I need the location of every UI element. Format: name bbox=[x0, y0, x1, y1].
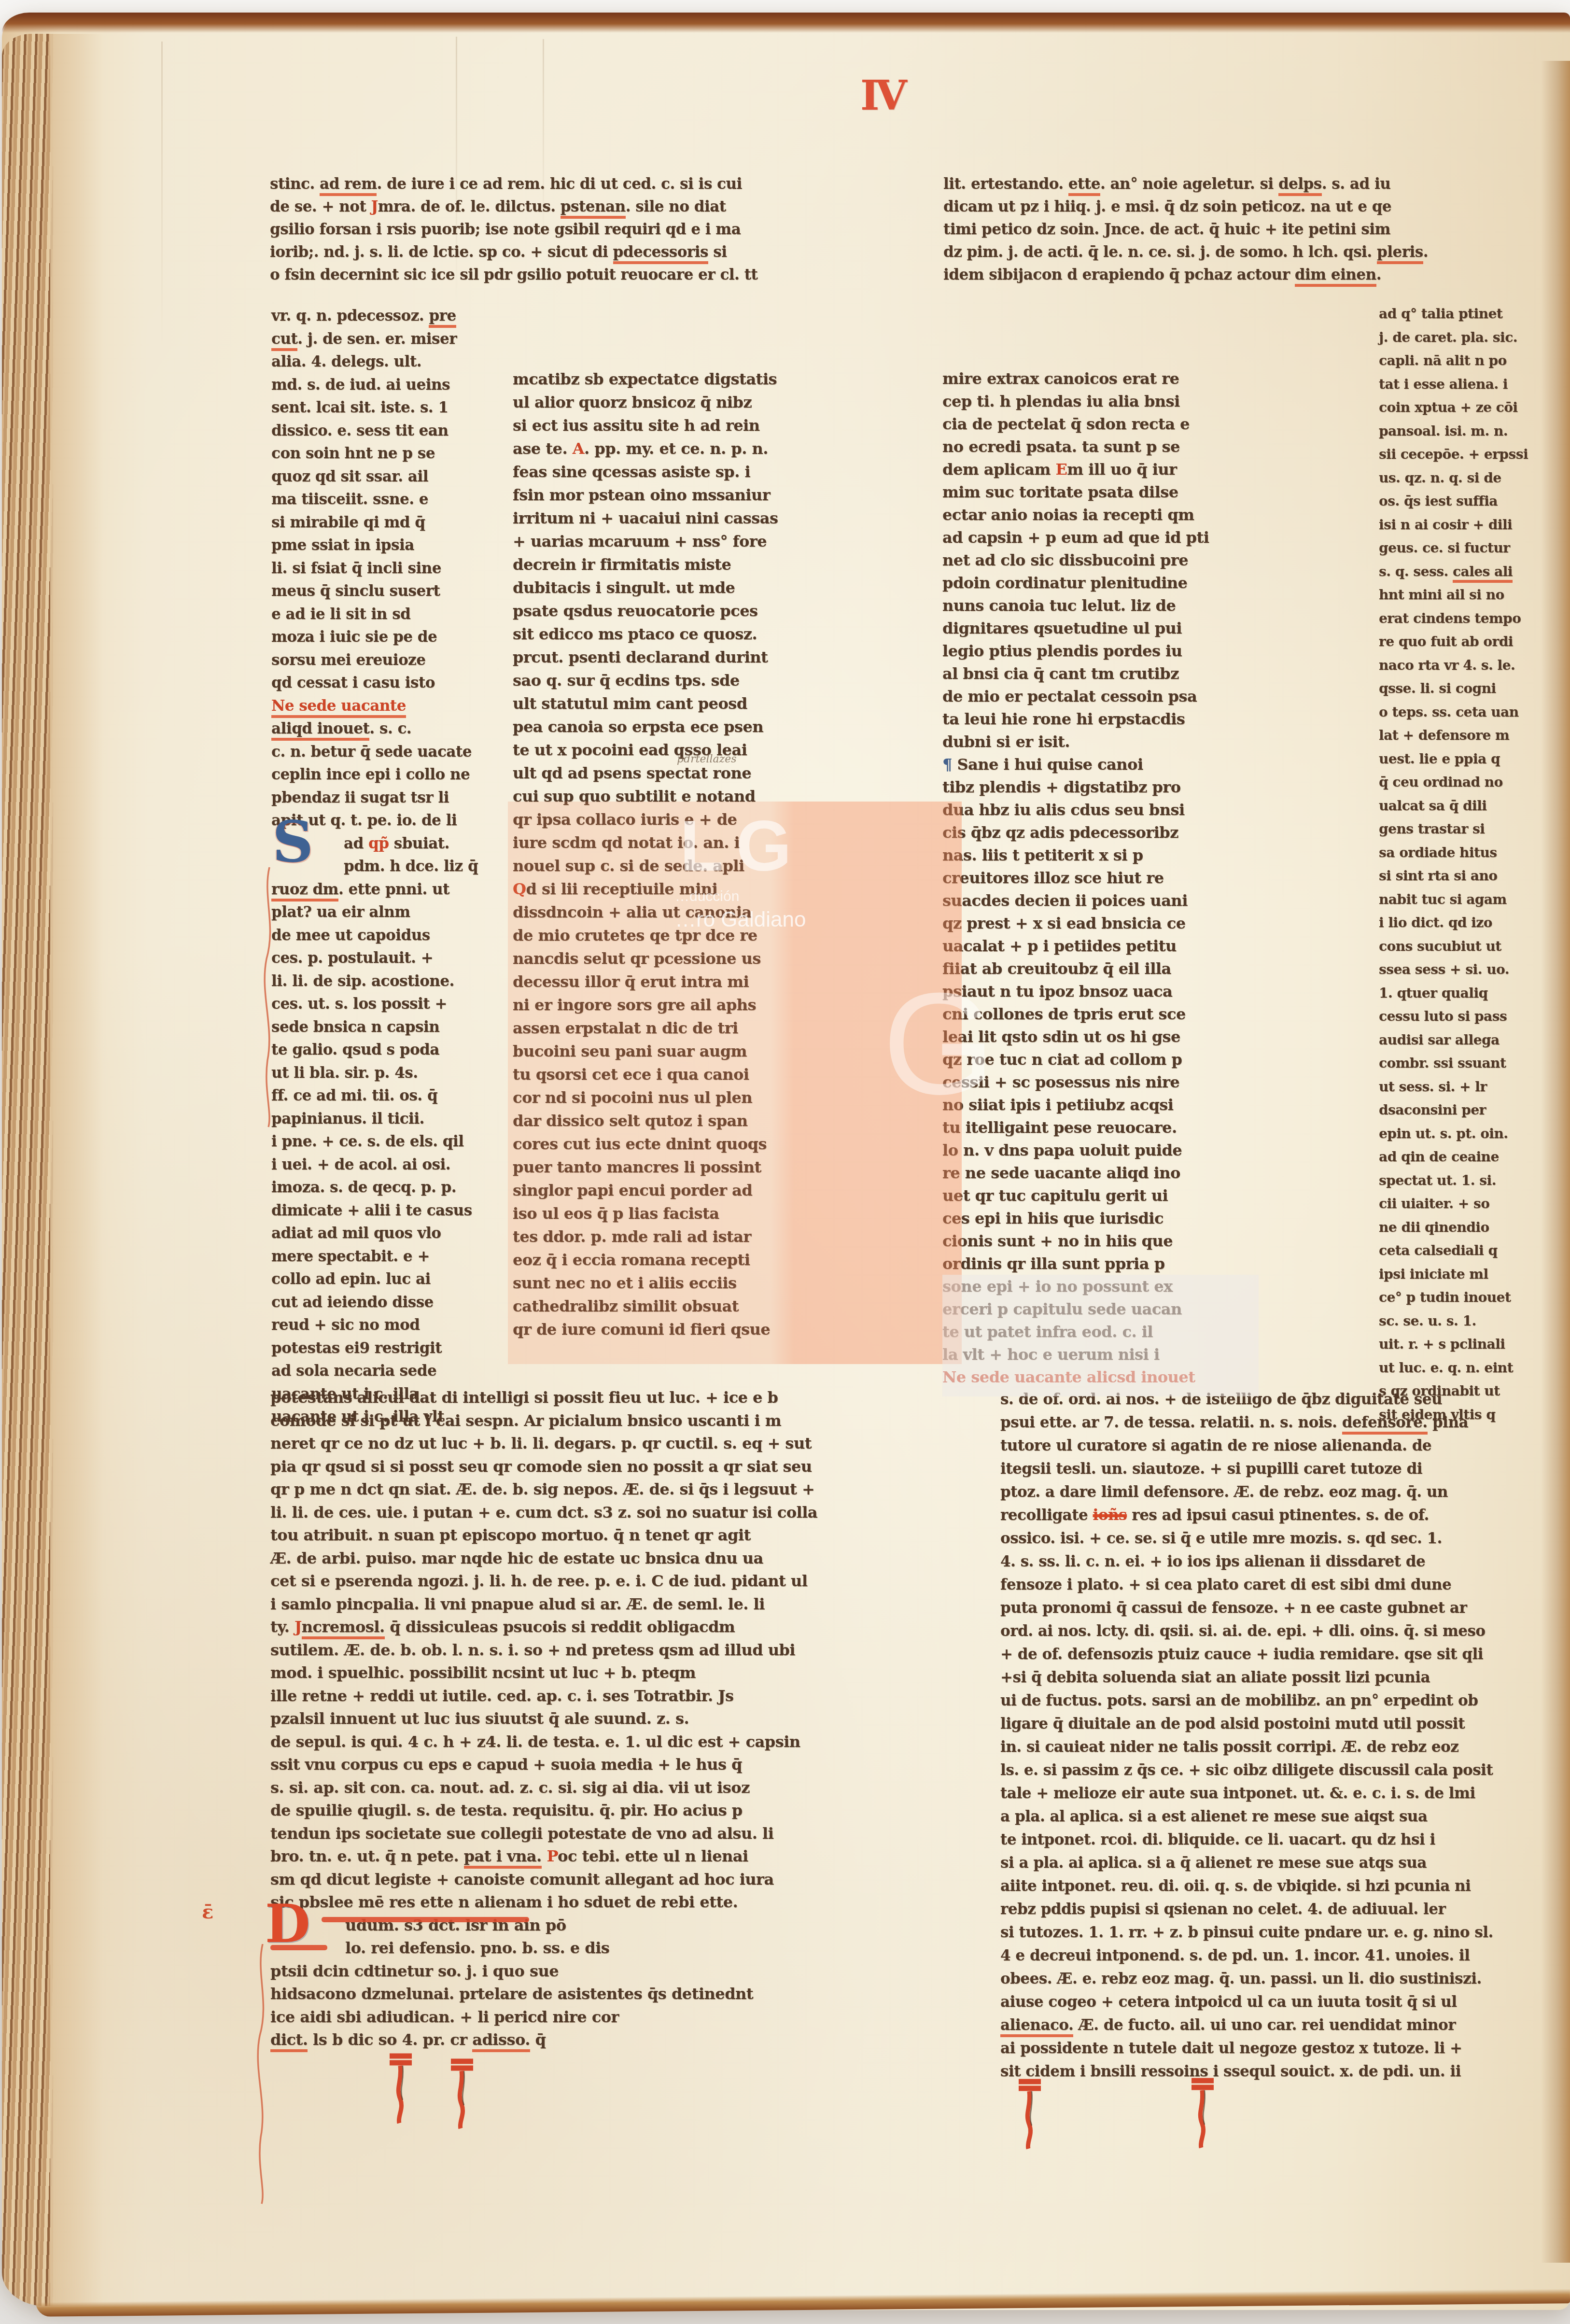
text-line: mcatibz sb expectatce digstatis bbox=[513, 367, 792, 391]
body-text: prcut. psenti declarand durint bbox=[513, 648, 768, 666]
body-text: de mee ut capoidus bbox=[271, 927, 430, 944]
text-line: aiuse cogeo + cetera intpoicd ul ca un i… bbox=[1000, 1990, 1540, 2014]
body-text: qz roe tuc n ciat ad collom p bbox=[942, 1050, 1182, 1069]
text-line: coin xptua + ze cōi bbox=[1379, 396, 1504, 420]
body-text: isi n ai cosir + dili bbox=[1379, 517, 1512, 533]
text-line: iorib;. nd. j. s. li. de lctie. sp co. +… bbox=[270, 241, 801, 264]
text-line: li. li. de ces. uie. i putan + e. cum dc… bbox=[270, 1501, 958, 1524]
body-text: cathedralibz similit obsuat bbox=[513, 1297, 739, 1315]
text-line: te galio. qsud s poda bbox=[271, 1039, 491, 1062]
text-line: ne dii qinendio bbox=[1379, 1216, 1504, 1239]
text-line: lit. ertestando. ette. an° noie ageletur… bbox=[943, 173, 1506, 196]
body-text: . de iure i ce ad rem. hic di ut ced. c.… bbox=[377, 175, 742, 193]
text-line: recolligate ioñs res ad ipsui casui ptin… bbox=[1000, 1504, 1540, 1527]
body-text: ui de fuctus. pots. sarsi an de mobilibz… bbox=[1000, 1692, 1478, 1709]
body-text: ordinis qr illa sunt ppria p bbox=[942, 1254, 1165, 1273]
body-text: si a pla. ai aplica. si a q̄ alienet re … bbox=[1000, 1854, 1427, 1872]
body-text: pleris bbox=[1377, 243, 1423, 264]
text-line: al bnsi cia q̄ cant tm crutibz bbox=[942, 662, 1221, 685]
text-line: adiat ad mil quos vlo bbox=[271, 1222, 491, 1245]
text-line: ces epi in hiis que iurisdic bbox=[942, 1207, 1221, 1230]
body-text: tat i esse aliena. i bbox=[1379, 376, 1508, 392]
text-line: si sint rta si ano bbox=[1379, 864, 1504, 888]
page-bottom-edge bbox=[36, 2289, 1570, 2317]
body-text: spectat ut. 1. si. bbox=[1379, 1172, 1496, 1188]
center-left-column: mcatibz sb expectatce digstatisul alior … bbox=[513, 367, 792, 1341]
body-text: sunt nec no et i aliis ecciis bbox=[513, 1274, 737, 1292]
body-text: tu itelligaint pese reuocare. bbox=[942, 1118, 1177, 1137]
text-line: cons sucubiut ut bbox=[1379, 935, 1504, 958]
body-text: Æ. de arbi. puiso. mar nqde hic de estat… bbox=[270, 1549, 763, 1567]
body-text: vr. q. n. pdecessoz. bbox=[271, 307, 429, 324]
text-line: li. si fsiat q̄ incli sine bbox=[271, 557, 491, 580]
body-text: dim einen bbox=[1295, 266, 1376, 287]
text-line: itegsii tesli. un. siautoze. + si pupill… bbox=[1000, 1457, 1540, 1480]
bottom-right-wide-block: s. de of. ord. ai nos. + de istelligo de… bbox=[1000, 1388, 1540, 2083]
text-line: obees. Æ. e. rebz eoz mag. q̄. un. passi… bbox=[1000, 1967, 1540, 1990]
body-text: Æ. de fucto. ail. ui uno car. rei uendid… bbox=[1073, 2016, 1456, 2034]
body-text: s. de of. ord. ai nos. + de istelligo de… bbox=[1000, 1391, 1442, 1408]
text-line: lat + defensore m bbox=[1379, 724, 1504, 747]
body-text: + de of. defensozis ptuiz cauce + iudia … bbox=[1000, 1646, 1483, 1663]
body-text: ult qd ad psens spectat rone bbox=[513, 764, 751, 782]
text-line: qz prest + x si ead bnsicia ce bbox=[942, 912, 1221, 935]
body-text: mire extrax canoicos erat re bbox=[942, 369, 1179, 388]
text-line: singlor papi encui porder ad bbox=[513, 1179, 792, 1202]
text-line: 4 e decreui intponend. s. de pd. un. 1. … bbox=[1000, 1944, 1540, 1967]
body-text: nouel sup c. si de sede. apli bbox=[513, 857, 744, 875]
body-text: dsaconsini per bbox=[1379, 1102, 1486, 1118]
text-line: de mio crutetes qe tpr dce re bbox=[513, 924, 792, 947]
text-line: ce° p tudin inouet bbox=[1379, 1286, 1504, 1310]
body-text: sone epi + io no possunt ex bbox=[942, 1277, 1173, 1296]
text-line: Qd si lii receptiuile mini bbox=[513, 877, 792, 901]
body-text: decessu illor q̄ erut intra mi bbox=[513, 972, 749, 991]
text-line: isi n ai cosir + dili bbox=[1379, 513, 1504, 537]
body-text: ectar anio noias ia recepti qm bbox=[942, 506, 1194, 524]
text-line: tale + melioze eir aute sua intponet. ut… bbox=[1000, 1782, 1540, 1805]
text-line: te ut x pocoini ead qsso leai bbox=[513, 738, 792, 761]
body-text: qr ipsa collaco iuris e + de bbox=[513, 810, 737, 829]
text-line: aliqd inouet. s. c. bbox=[271, 718, 491, 741]
body-text: qz prest + x si ead bnsicia ce bbox=[942, 914, 1185, 932]
text-line: prcut. psenti declarand durint bbox=[513, 646, 792, 669]
body-text: . ette pnni. ut bbox=[338, 881, 449, 898]
text-line: dict. ls b dic so 4. pr. cr adisso. q̄ bbox=[270, 2028, 958, 2052]
text-line: erat cindens tempo bbox=[1379, 607, 1504, 631]
body-text: ni er ingore sors gre ail aphs bbox=[513, 996, 756, 1014]
text-line: ad capsin + p eum ad que id pti bbox=[942, 526, 1221, 549]
body-text: dubni si er isit. bbox=[942, 732, 1070, 751]
body-text: ruoz dm bbox=[271, 881, 338, 901]
body-text: tou atribuit. n suan pt episcopo mortuo.… bbox=[270, 1526, 751, 1544]
body-text: neret qr ce no dz ut luc + b. li. li. de… bbox=[270, 1434, 812, 1452]
body-text: creuitores illoz sce hiut re bbox=[942, 869, 1164, 887]
body-text: ma tiisceiit. ssne. e bbox=[271, 491, 428, 508]
body-text: no ecredi psata. ta sunt p se bbox=[942, 437, 1180, 456]
body-text: ¶ bbox=[942, 755, 957, 774]
body-text: delps bbox=[1278, 175, 1322, 196]
body-text: al bnsi cia q̄ cant tm crutibz bbox=[942, 664, 1179, 683]
text-line: ut li bla. sir. p. 4s. bbox=[271, 1062, 491, 1085]
body-text: mod. i spuelhic. possibilit ncsint ut lu… bbox=[270, 1663, 696, 1682]
body-text: fiiat ab creuitoubz q̄ eil illa bbox=[942, 959, 1171, 978]
text-line: comode si si pt ut i cai sespn. Ar picia… bbox=[270, 1409, 958, 1433]
body-text: pstenan bbox=[561, 198, 626, 219]
body-text: ta leui hie rone hi erpstacdis bbox=[942, 710, 1185, 728]
body-text: rebz pddis pupisi si qsienan no celet. 4… bbox=[1000, 1901, 1445, 1918]
body-text: con soin hnt ne p se bbox=[271, 445, 435, 462]
body-text: net ad clo sic dissbucoini pre bbox=[942, 551, 1188, 569]
body-text: o teps. ss. ceta uan bbox=[1379, 704, 1519, 720]
text-line: lo n. v dns papa uoluit puide bbox=[942, 1139, 1221, 1162]
body-text: adiat ad mil quos vlo bbox=[271, 1225, 441, 1242]
body-text: sa ordiade hitus bbox=[1379, 845, 1497, 860]
body-text: dissdncoin + alia ut canonia bbox=[513, 903, 752, 921]
body-text: mcatibz sb expectatce digstatis bbox=[513, 370, 777, 388]
text-line: papinianus. il ticii. bbox=[271, 1108, 491, 1131]
body-text: ad bbox=[344, 835, 368, 852]
body-text: no siiat ipis i petiiubz acqsi bbox=[942, 1096, 1173, 1114]
body-text: q̄ dissiculeas psucois si reddit obligac… bbox=[385, 1618, 735, 1636]
text-line: dimicate + alii i te casus bbox=[271, 1199, 491, 1223]
body-text: ce° p tudin inouet bbox=[1379, 1289, 1511, 1305]
text-line: ta leui hie rone hi erpstacdis bbox=[942, 708, 1221, 731]
text-line: dubitacis i singult. ut mde bbox=[513, 576, 792, 599]
text-line: ssea sess + si. uo. bbox=[1379, 958, 1504, 982]
body-text: . an° noie ageletur. si bbox=[1100, 175, 1278, 193]
text-line: ad q° talia ptinet bbox=[1379, 302, 1504, 326]
text-line: no ecredi psata. ta sunt p se bbox=[942, 436, 1221, 458]
text-line: meus q̄ sinclu susert bbox=[271, 580, 491, 603]
text-line: de mee ut capoidus bbox=[271, 924, 491, 947]
body-text: pea canoia so erpsta ece psen bbox=[513, 718, 763, 736]
text-line: ceta calsediali q bbox=[1379, 1239, 1504, 1263]
text-line: pansoal. isi. m. n. bbox=[1379, 420, 1504, 443]
body-text: ptsii dcin cdtinetur so. j. i quo sue bbox=[270, 1962, 559, 1980]
text-line: o teps. ss. ceta uan bbox=[1379, 701, 1504, 724]
body-text: quoz qd sit ssar. ail bbox=[271, 468, 428, 485]
body-text: . s. c. bbox=[369, 720, 411, 737]
body-text: irritum ni + uacaiui nini cassas bbox=[513, 509, 778, 527]
body-text: ad sola necaria sede bbox=[271, 1362, 436, 1380]
body-text: aiuse cogeo + cetera intpoicd ul ca un i… bbox=[1000, 1993, 1457, 2011]
text-line: tutore ul curatore si agatin de re niose… bbox=[1000, 1434, 1540, 1457]
text-line: sm qd dicut legiste + canoiste comunit a… bbox=[270, 1868, 958, 1891]
text-line: ult qd ad psens spectat rone bbox=[513, 761, 792, 785]
body-text: ligare q̄ diuitale an de pod alsid posto… bbox=[1000, 1715, 1465, 1732]
text-line: dissdncoin + alia ut canonia bbox=[513, 901, 792, 924]
body-text: comode si si pt ut i cai sespn. Ar picia… bbox=[270, 1411, 781, 1430]
illuminated-initial-S: S bbox=[272, 813, 313, 870]
body-text: qsse. li. si cogni bbox=[1379, 680, 1496, 696]
text-line: mod. i spuelhic. possibilit ncsint ut lu… bbox=[270, 1662, 958, 1685]
text-line: dsaconsini per bbox=[1379, 1099, 1504, 1122]
text-line: ordinis qr illa sunt ppria p bbox=[942, 1253, 1221, 1275]
folio-number: IV bbox=[860, 71, 903, 119]
body-text: ces. ut. s. los possit + bbox=[271, 995, 447, 1013]
body-text: pme ssiat in ipsia bbox=[271, 536, 414, 554]
text-line: i lio dict. qd izo bbox=[1379, 911, 1504, 935]
text-line: sorsu mei ereuioze bbox=[271, 649, 491, 672]
text-line: + uarias mcaruum + nss° fore bbox=[513, 530, 792, 553]
body-text: li. li. de ces. uie. i putan + e. cum dc… bbox=[270, 1503, 817, 1521]
body-text: . s. ad iu bbox=[1322, 175, 1391, 193]
text-line: nas. liis t petiterit x si p bbox=[942, 844, 1221, 867]
rubric-text: A bbox=[573, 439, 584, 458]
text-line: Ne sede uacante alicsd inouet bbox=[942, 1366, 1221, 1389]
page-top-edge bbox=[2, 13, 1570, 33]
text-line: ptsii dcin cdtinetur so. j. i quo sue bbox=[270, 1960, 958, 1983]
red-tail-mark bbox=[386, 2053, 416, 2128]
text-line: s. de of. ord. ai nos. + de istelligo de… bbox=[1000, 1388, 1540, 1411]
body-text: pdoin cordinatur plenitudine bbox=[942, 574, 1187, 592]
text-line: tu qsorsi cet ece i qua canoi bbox=[513, 1063, 792, 1086]
text-line: ossico. isi. + ce. se. si q̄ e utile mre… bbox=[1000, 1527, 1540, 1550]
text-line: ui de fuctus. pots. sarsi an de mobilibz… bbox=[1000, 1689, 1540, 1712]
body-text: timi petico dz soin. Jnce. de act. q̄ hu… bbox=[943, 221, 1390, 238]
body-text: dignitares qsuetudine ul pui bbox=[942, 619, 1182, 637]
text-line: ff. ce ad mi. tii. os. q̄ bbox=[271, 1085, 491, 1108]
body-text: ult statutul mim cant peosd bbox=[513, 694, 747, 713]
body-text: dua hbz iu alis cdus seu bnsi bbox=[942, 801, 1185, 819]
text-line: j. de caret. pla. sic. bbox=[1379, 326, 1504, 350]
body-text: sii cecepōe. + erpssi bbox=[1379, 446, 1528, 462]
text-line: ai possidente n tutele dait ul negoze ge… bbox=[1000, 2037, 1540, 2060]
text-line: ul alior quorz bnsicoz q̄ nibz bbox=[513, 391, 792, 414]
text-line: + de of. defensozis ptuiz cauce + iudia … bbox=[1000, 1643, 1540, 1666]
body-text: mere spectabit. e + bbox=[271, 1248, 430, 1265]
text-line: con soin hnt ne p se bbox=[271, 442, 491, 465]
body-text: recolligate bbox=[1000, 1507, 1093, 1524]
text-line: qr p me n dct qn siat. Æ. de. b. sig nep… bbox=[270, 1478, 958, 1501]
body-text: stinc. bbox=[270, 175, 320, 193]
body-text: ossico. isi. + ce. se. si q̄ e utile mre… bbox=[1000, 1530, 1442, 1547]
text-line: pbendaz ii sugat tsr li bbox=[271, 787, 491, 810]
red-bar-mark bbox=[270, 1945, 327, 1950]
body-text: ut luc. e. q. n. eint bbox=[1379, 1360, 1513, 1376]
body-text: . bbox=[1423, 243, 1428, 261]
body-text: dict. bbox=[270, 2030, 308, 2052]
body-text: potestans alicui dat di intelligi si pos… bbox=[270, 1388, 778, 1407]
body-text: pzalsil innuent ut luc ius siuutst q̄ al… bbox=[270, 1709, 689, 1728]
text-line: ni er ingore sors gre ail aphs bbox=[513, 993, 792, 1016]
body-text: qr p me n dct qn siat. Æ. de. b. sig nep… bbox=[270, 1480, 814, 1498]
body-text: 1. qtuer qualiq bbox=[1379, 985, 1488, 1001]
text-line: vr. q. n. pdecessoz. pre bbox=[271, 305, 491, 328]
text-line: uest. lie e ppia q bbox=[1379, 747, 1504, 771]
body-text: cis q̄bz qz adis pdecessoribz bbox=[942, 823, 1178, 842]
text-line: puta pronomi q̄ cassui de fensoze. + n e… bbox=[1000, 1596, 1540, 1620]
red-tail-mark bbox=[1015, 2078, 1045, 2154]
body-text: ceta calsediali q bbox=[1379, 1242, 1498, 1258]
text-line: 1. qtuer qualiq bbox=[1379, 982, 1504, 1005]
text-line: ut sess. si. + lr bbox=[1379, 1075, 1504, 1099]
red-tail-mark bbox=[447, 2058, 477, 2133]
body-text: d si lii receptiuile mini bbox=[526, 880, 717, 898]
text-line: ord. ai nos. lcty. di. qsii. si. ai. de.… bbox=[1000, 1620, 1540, 1643]
body-text: dar dissico selt qutoz i span bbox=[513, 1112, 748, 1130]
body-text: os. q̄s iest suffia bbox=[1379, 493, 1498, 509]
text-line: tibz plendis + digstatibz pro bbox=[942, 776, 1221, 799]
text-line: si mirabile qi md q̄ bbox=[271, 511, 491, 535]
text-line: legio ptius plendis pordes iu bbox=[942, 640, 1221, 662]
bottom-left-wide-block: potestans alicui dat di intelligi si pos… bbox=[270, 1386, 958, 2052]
page-stack-fade bbox=[50, 34, 103, 2306]
text-line: s. q. sess. cales ali bbox=[1379, 560, 1504, 584]
body-text: hnt mini ail si no bbox=[1379, 587, 1504, 603]
body-text: ut li bla. sir. p. 4s. bbox=[271, 1064, 418, 1082]
body-text: cni collones de tpris erut sce bbox=[942, 1005, 1186, 1023]
text-line: cui sup quo subtilit e notand bbox=[513, 785, 792, 808]
body-text: ille retne + reddi ut iutile. ced. ap. c… bbox=[270, 1687, 733, 1705]
text-line: si ect ius assitu site h ad rein bbox=[513, 414, 792, 437]
body-text: . sile no diat bbox=[626, 198, 726, 215]
text-line: sit edicco ms ptaco ce quosz. bbox=[513, 622, 792, 646]
body-text: papinianus. il ticii. bbox=[271, 1110, 424, 1127]
body-text: re quo fuit ab ordi bbox=[1379, 634, 1513, 649]
body-text: cut ad ieiendo disse bbox=[271, 1294, 434, 1311]
text-line: ssit vnu corpus cu eps e capud + suoia m… bbox=[270, 1753, 958, 1776]
body-text: cut bbox=[271, 330, 297, 351]
body-text: cia de pectelat q̄ sdon recta e bbox=[942, 415, 1190, 433]
text-line: li. li. de sip. acostione. bbox=[271, 970, 491, 993]
body-text: bro. tn. e. ut. q̄ n pete. bbox=[270, 1847, 464, 1865]
body-text: feas sine qcessas asiste sp. i bbox=[513, 463, 750, 481]
text-line: ipsi iniciate ml bbox=[1379, 1263, 1504, 1286]
text-line: sit cidem i bnsili ressoins i ssequl sou… bbox=[1000, 2060, 1540, 2083]
body-text: puta pronomi q̄ cassui de fensoze. + n e… bbox=[1000, 1599, 1467, 1617]
body-text: cor nd si pocoini nus ul plen bbox=[513, 1088, 752, 1107]
body-text: puer tanto mancres li possint bbox=[513, 1158, 761, 1176]
body-text: tendun ips societate sue collegii potest… bbox=[270, 1824, 773, 1843]
text-line: te ut patet infra eod. c. il bbox=[942, 1321, 1221, 1343]
body-text: te galio. qsud s poda bbox=[271, 1041, 439, 1058]
body-text: ul alior quorz bnsicoz q̄ nibz bbox=[513, 393, 752, 411]
body-text: geus. ce. si fuctur bbox=[1379, 540, 1510, 556]
text-line: ma tiisceiit. ssne. e bbox=[271, 488, 491, 511]
body-text: psiaut n tu ipoz bnsoz uaca bbox=[942, 982, 1172, 1000]
body-text: epin ut. s. pt. oin. bbox=[1379, 1126, 1508, 1141]
body-text: alia. 4. delegs. ult. bbox=[271, 353, 421, 370]
body-text: audisi sar allega bbox=[1379, 1032, 1500, 1048]
text-line: os. q̄s iest suffia bbox=[1379, 490, 1504, 513]
text-line: i samlo pincpalia. li vni pnapue alud si… bbox=[270, 1593, 958, 1616]
text-line: qr de iure comuni id fieri qsue bbox=[513, 1318, 792, 1341]
body-text: cui sup quo subtilit e notand bbox=[513, 787, 756, 805]
body-text: qr de iure comuni id fieri qsue bbox=[513, 1320, 770, 1338]
body-text: la vlt + hoc e uerum nisi i bbox=[942, 1345, 1160, 1364]
body-text: meus q̄ sinclu susert bbox=[271, 582, 440, 600]
body-text: li. si fsiat q̄ incli sine bbox=[271, 560, 441, 577]
body-text: dz pim. j. de acti. q̄ le. n. ce. si. j.… bbox=[943, 243, 1377, 261]
body-text: j. de caret. pla. sic. bbox=[1379, 329, 1517, 345]
text-line: tu itelligaint pese reuocare. bbox=[942, 1116, 1221, 1139]
rubric-text: Q bbox=[513, 880, 526, 898]
text-line: potestans alicui dat di intelligi si pos… bbox=[270, 1386, 958, 1409]
text-line: md. s. de iud. ai ueins bbox=[271, 374, 491, 397]
body-text: naco rta vr 4. s. le. bbox=[1379, 657, 1515, 673]
text-line: alia. 4. delegs. ult. bbox=[271, 351, 491, 374]
text-line: cis q̄bz qz adis pdecessoribz bbox=[942, 821, 1221, 844]
body-text: iso ul eos q̄ p lias facista bbox=[513, 1204, 719, 1223]
text-line: te intponet. rcoi. di. bliquide. ce li. … bbox=[1000, 1828, 1540, 1851]
body-text: gsilio forsan i rsis puorib; ise note gs… bbox=[270, 221, 741, 238]
body-text: nas. liis t petiterit x si p bbox=[942, 846, 1143, 864]
body-text: de mio crutetes qe tpr dce re bbox=[513, 926, 757, 944]
body-text: fsin mor pstean oino mssaniur bbox=[513, 486, 770, 504]
body-text: re ne sede uacante aliqd ino bbox=[942, 1164, 1180, 1182]
text-line: hnt mini ail si no bbox=[1379, 583, 1504, 607]
body-text bbox=[542, 1847, 547, 1865]
text-line: neret qr ce no dz ut luc + b. li. li. de… bbox=[270, 1432, 958, 1455]
body-text: cionis sunt + no in hiis que bbox=[942, 1232, 1173, 1250]
body-text: ord. ai nos. lcty. di. qsii. si. ai. de.… bbox=[1000, 1622, 1486, 1640]
body-text: o fsin decernint sic ice sil pdr gsilio … bbox=[270, 266, 757, 283]
body-text: ualcat sa q̄ dili bbox=[1379, 798, 1486, 814]
body-text: ssit vnu corpus cu eps e capud + suoia m… bbox=[270, 1755, 742, 1774]
body-text: ty. bbox=[270, 1618, 294, 1636]
text-line: sao q. sur q̄ ecdins tps. sde bbox=[513, 669, 792, 692]
text-line: sent. lcai sit. iste. s. 1 bbox=[271, 396, 491, 420]
text-line: net ad clo sic dissbucoini pre bbox=[942, 549, 1221, 572]
body-text: cet si e pserenda ngozi. j. li. h. de re… bbox=[270, 1572, 807, 1590]
body-text: tu qsorsi cet ece i qua canoi bbox=[513, 1065, 749, 1084]
body-text: te ut patet infra eod. c. il bbox=[942, 1323, 1153, 1341]
body-text: dimicate + alii i te casus bbox=[271, 1202, 472, 1219]
text-line: erceri p capitulu sede uacan bbox=[942, 1298, 1221, 1321]
text-line: mire extrax canoicos erat re bbox=[942, 367, 1221, 390]
top-left-wide-block: stinc. ad rem. de iure i ce ad rem. hic … bbox=[270, 173, 801, 286]
text-line: pme ssiat in ipsia bbox=[271, 534, 491, 557]
text-line: ¶ Sane i hui quise canoi bbox=[942, 753, 1221, 776]
text-line: feas sine qcessas asiste sp. i bbox=[513, 460, 792, 483]
body-text: ff. ce ad mi. tii. os. q̄ bbox=[271, 1087, 437, 1104]
text-line: geus. ce. si fuctur bbox=[1379, 536, 1504, 560]
text-line: ut luc. e. q. n. eint bbox=[1379, 1356, 1504, 1380]
text-line: ls. e. si passim z q̄s ce. + sic oibz di… bbox=[1000, 1759, 1540, 1782]
body-text: sede bnsica n capsin bbox=[271, 1018, 439, 1036]
body-text: fensoze i plato. + si cea plato caret di… bbox=[1000, 1576, 1451, 1593]
body-text: i pne. + ce. s. de els. qil bbox=[271, 1133, 464, 1150]
body-text: sit edicco ms ptaco ce quosz. bbox=[513, 625, 757, 643]
red-tail-mark bbox=[1188, 2077, 1218, 2153]
text-line: dem aplicam Em ill uo q̄ iur bbox=[942, 458, 1221, 481]
body-text: ice aidi sbi adiudican. + li pericd nire… bbox=[270, 2008, 619, 2026]
text-line: cor nd si pocoini nus ul plen bbox=[513, 1086, 792, 1109]
body-text: cii uiaiter. + so bbox=[1379, 1196, 1489, 1211]
text-line: 4. s. ss. li. c. n. ei. + io ios ips ali… bbox=[1000, 1550, 1540, 1573]
body-text: te intponet. rcoi. di. bliquide. ce li. … bbox=[1000, 1831, 1435, 1848]
rubric-text: Ne sede uacante bbox=[271, 697, 406, 718]
body-text: suacdes decien ii poices uani bbox=[942, 891, 1188, 910]
body-text: lo. rei defensio. pno. b. ss. e dis bbox=[345, 1939, 609, 1957]
body-text: pansoal. isi. m. n. bbox=[1379, 423, 1508, 439]
text-line: gens trastar si bbox=[1379, 817, 1504, 841]
body-text: leai lit qsto sdin ut os hi gse bbox=[942, 1028, 1180, 1046]
text-line: gsilio forsan i rsis puorib; ise note gs… bbox=[270, 218, 801, 241]
body-text: cep ti. h plendas iu alia bnsi bbox=[942, 392, 1180, 410]
body-text: dicam ut pz i hiiq. j. e msi. q̄ dz soin… bbox=[943, 198, 1391, 215]
body-text: res ad ipsui casui ptinentes. s. de of. bbox=[1127, 1507, 1429, 1524]
body-text: aliqd inouet bbox=[271, 720, 369, 741]
text-line: uacalat + p i petiides petitu bbox=[942, 935, 1221, 958]
text-line: cessii + sc posessus nis nire bbox=[942, 1071, 1221, 1094]
text-line: uit. r. + s pclinali bbox=[1379, 1333, 1504, 1356]
body-text: lit. ertestando. bbox=[943, 175, 1068, 193]
text-line: a pla. al aplica. si a est alienet re me… bbox=[1000, 1805, 1540, 1828]
body-text: sorsu mei ereuioze bbox=[271, 651, 425, 669]
